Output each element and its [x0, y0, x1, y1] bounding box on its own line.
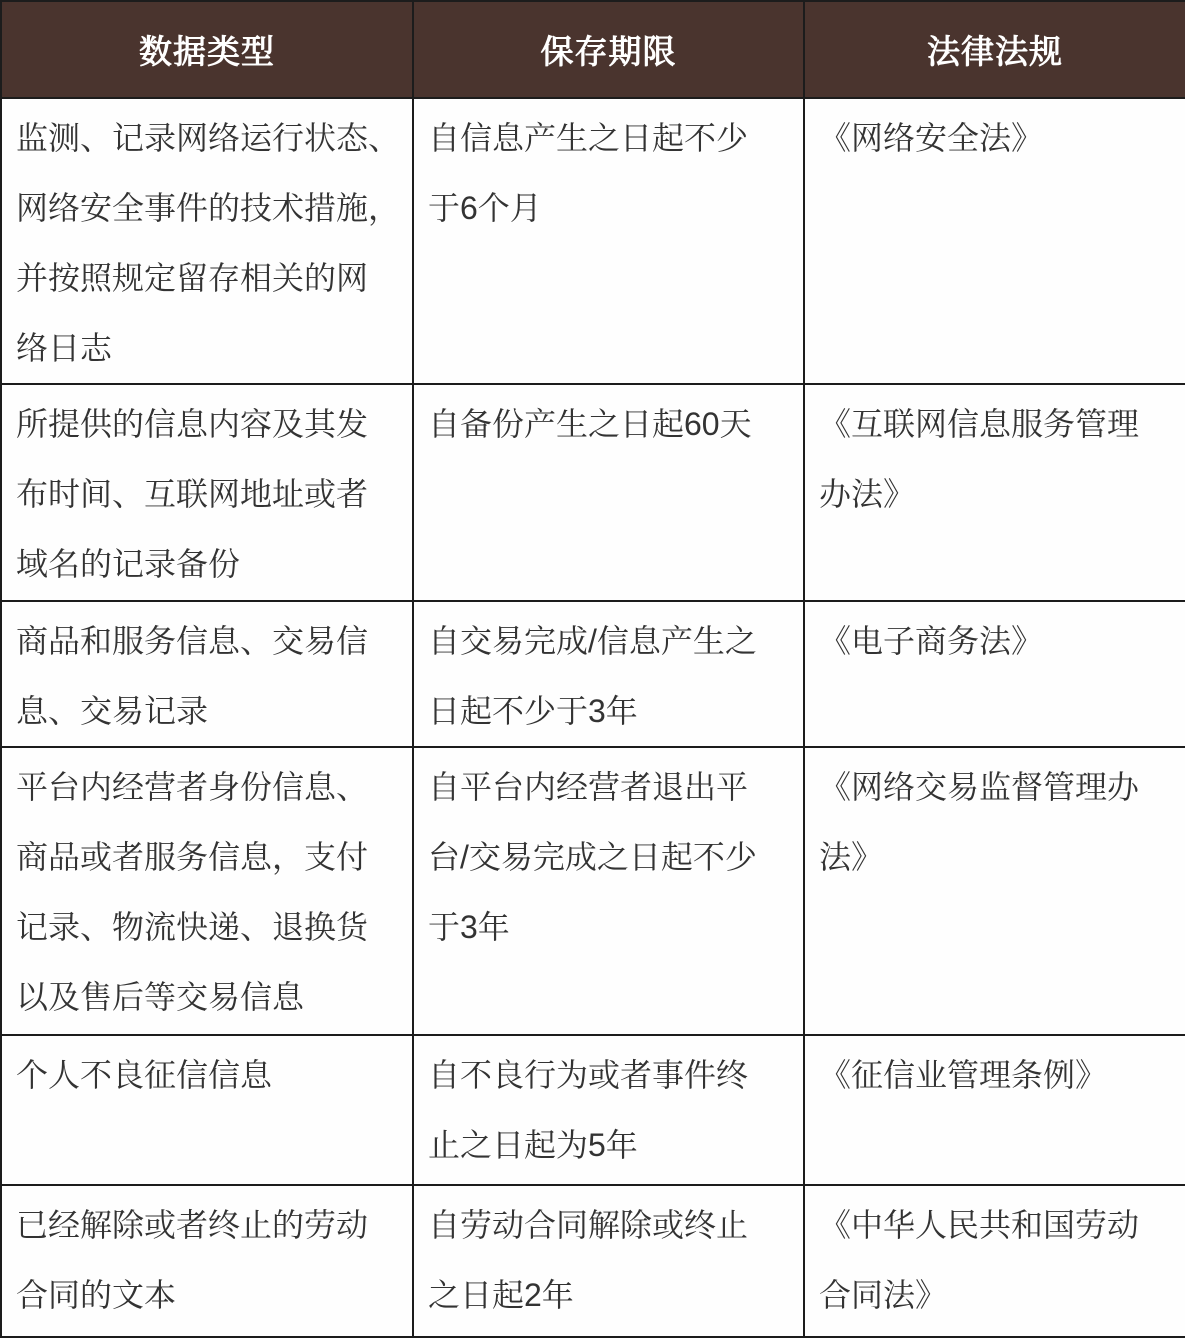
cell-data-type: 已经解除或者终止的劳动 合同的文本 — [1, 1185, 413, 1337]
cell-retention-period: 自备份产生之日起60天 — [413, 384, 804, 601]
table-row: 平台内经营者身份信息、 商品或者服务信息，支付 记录、物流快递、退换货 以及售后… — [1, 747, 1185, 1035]
cell-law: 《网络安全法》 — [804, 98, 1185, 384]
table-header-row: 数据类型 保存期限 法律法规 — [1, 1, 1185, 98]
table-row: 个人不良征信信息 自不良行为或者事件终 止之日起为5年 《征信业管理条例》 — [1, 1035, 1185, 1185]
table-row: 监测、记录网络运行状态、 网络安全事件的技术措施， 并按照规定留存相关的网 络日… — [1, 98, 1185, 384]
cell-law: 《互联网信息服务管理 办法》 — [804, 384, 1185, 601]
cell-law: 《网络交易监督管理办 法》 — [804, 747, 1185, 1035]
table-row: 商品和服务信息、交易信 息、交易记录 自交易完成/信息产生之 日起不少于3年 《… — [1, 601, 1185, 747]
retention-periods-table: 数据类型 保存期限 法律法规 监测、记录网络运行状态、 网络安全事件的技术措施，… — [0, 0, 1185, 1338]
cell-retention-period: 自劳动合同解除或终止 之日起2年 — [413, 1185, 804, 1337]
cell-data-type: 监测、记录网络运行状态、 网络安全事件的技术措施， 并按照规定留存相关的网 络日… — [1, 98, 413, 384]
cell-data-type: 个人不良征信信息 — [1, 1035, 413, 1185]
cell-data-type: 平台内经营者身份信息、 商品或者服务信息，支付 记录、物流快递、退换货 以及售后… — [1, 747, 413, 1035]
cell-retention-period: 自交易完成/信息产生之 日起不少于3年 — [413, 601, 804, 747]
document-page: 数据类型 保存期限 法律法规 监测、记录网络运行状态、 网络安全事件的技术措施，… — [0, 0, 1185, 1332]
column-header-laws-regulations: 法律法规 — [804, 1, 1185, 98]
cell-data-type: 商品和服务信息、交易信 息、交易记录 — [1, 601, 413, 747]
cell-retention-period: 自不良行为或者事件终 止之日起为5年 — [413, 1035, 804, 1185]
cell-law: 《征信业管理条例》 — [804, 1035, 1185, 1185]
column-header-retention-period: 保存期限 — [413, 1, 804, 98]
cell-retention-period: 自信息产生之日起不少 于6个月 — [413, 98, 804, 384]
cell-law: 《中华人民共和国劳动 合同法》 — [804, 1185, 1185, 1337]
cell-law: 《电子商务法》 — [804, 601, 1185, 747]
cell-retention-period: 自平台内经营者退出平 台/交易完成之日起不少 于3年 — [413, 747, 804, 1035]
column-header-data-type: 数据类型 — [1, 1, 413, 98]
cell-data-type: 所提供的信息内容及其发 布时间、互联网地址或者 域名的记录备份 — [1, 384, 413, 601]
table-row: 已经解除或者终止的劳动 合同的文本 自劳动合同解除或终止 之日起2年 《中华人民… — [1, 1185, 1185, 1337]
table-row: 所提供的信息内容及其发 布时间、互联网地址或者 域名的记录备份 自备份产生之日起… — [1, 384, 1185, 601]
